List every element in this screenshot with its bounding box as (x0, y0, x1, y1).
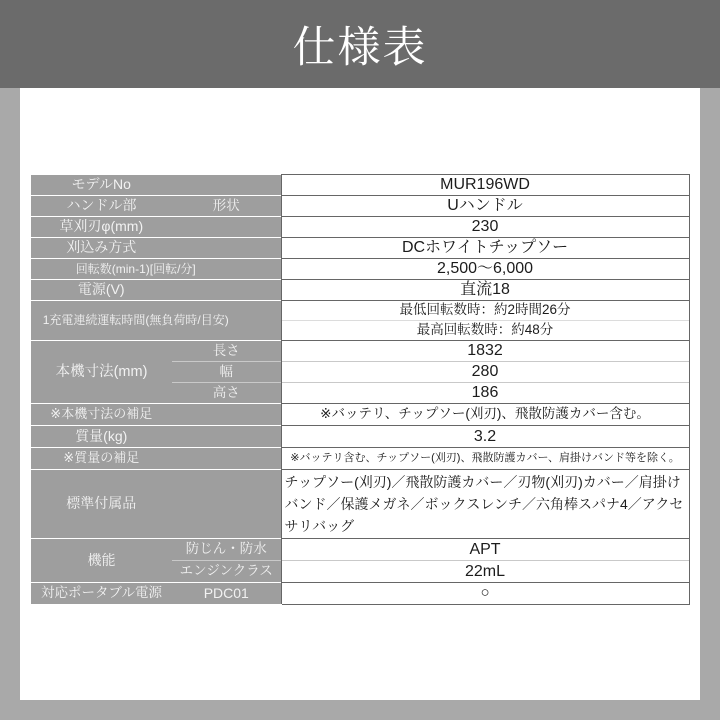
spec-sublabel-handle-shape: 形状 (172, 196, 281, 217)
spec-label-blade-dia: 草刈刃φ(mm) (31, 217, 281, 238)
row-blade-dia: 草刈刃φ(mm) 230 (31, 217, 689, 238)
spec-value-dust-water: APT (281, 539, 689, 561)
page-title: 仕様表 (293, 14, 428, 75)
row-dimensions-note: ※本機寸法の補足 ※バッテリ、チップソー(刈刃)、飛散防護カバー含む。 (31, 404, 689, 426)
spec-sublabel-dust-water: 防じん・防水 (172, 539, 281, 561)
row-power: 電源(V) 直流18 (31, 280, 689, 301)
spec-value-runtime-min: 最低回転数時：約2時間26分 (281, 301, 689, 321)
spec-value-dim-width: 280 (281, 362, 689, 383)
spec-value-blade-dia: 230 (281, 217, 689, 238)
row-runtime-min: 1充電連続運転時間(無負荷時/目安) 最低回転数時：約2時間26分 (31, 301, 689, 321)
page-title-banner: 仕様表 (0, 0, 720, 88)
spec-value-cutting-method: DCホワイトチップソー (281, 238, 689, 259)
row-dim-length: 本機寸法(mm) 長さ 1832 (31, 341, 689, 362)
row-rotation: 回転数(min-1)[回転/分] 2,500～6,000 (31, 259, 689, 280)
spec-value-handle: Uハンドル (281, 196, 689, 217)
spec-value-accessories: チップソー(刈刃)／飛散防護カバー／刃物(刈刃)カバー／肩掛けバンド／保護メガネ… (281, 470, 689, 539)
row-weight: 質量(kg) 3.2 (31, 426, 689, 448)
spec-sublabel-dim-width: 幅 (172, 362, 281, 383)
row-accessories: 標準付属品 チップソー(刈刃)／飛散防護カバー／刃物(刈刃)カバー／肩掛けバンド… (31, 470, 689, 539)
spec-label-model: モデルNo (31, 175, 281, 196)
spec-table: モデルNo MUR196WD ハンドル部 形状 Uハンドル 草刈刃φ(mm) 2… (31, 174, 690, 605)
spec-value-weight-note: ※バッテリ含む、チップソー(刈刃)、飛散防護カバー、肩掛けバンド等を除く。 (281, 448, 689, 470)
spec-label-runtime: 1充電連続運転時間(無負荷時/目安) (31, 301, 281, 341)
spec-value-power: 直流18 (281, 280, 689, 301)
row-handle: ハンドル部 形状 Uハンドル (31, 196, 689, 217)
spec-label-weight: 質量(kg) (31, 426, 281, 448)
spec-value-dimensions-note: ※バッテリ、チップソー(刈刃)、飛散防護カバー含む。 (281, 404, 689, 426)
spec-label-accessories: 標準付属品 (31, 470, 281, 539)
spec-label-cutting-method: 刈込み方式 (31, 238, 281, 259)
row-portable-power: 対応ポータブル電源 PDC01 ○ (31, 583, 689, 605)
spec-value-model: MUR196WD (281, 175, 689, 196)
spec-label-weight-note: ※質量の補足 (31, 448, 281, 470)
spec-value-dim-length: 1832 (281, 341, 689, 362)
spec-label-rotation: 回転数(min-1)[回転/分] (31, 259, 281, 280)
spec-sublabel-portable-power: PDC01 (172, 583, 281, 605)
spec-label-power: 電源(V) (31, 280, 281, 301)
spec-label-features: 機能 (31, 539, 172, 583)
spec-label-portable-power: 対応ポータブル電源 (31, 583, 172, 605)
content-panel: モデルNo MUR196WD ハンドル部 形状 Uハンドル 草刈刃φ(mm) 2… (20, 88, 700, 700)
row-weight-note: ※質量の補足 ※バッテリ含む、チップソー(刈刃)、飛散防護カバー、肩掛けバンド等… (31, 448, 689, 470)
spec-value-weight: 3.2 (281, 426, 689, 448)
spec-value-runtime-max: 最高回転数時：約48分 (281, 321, 689, 341)
spec-value-rotation: 2,500～6,000 (281, 259, 689, 280)
spec-sublabel-dim-height: 高さ (172, 383, 281, 404)
spec-value-portable-power: ○ (281, 583, 689, 605)
spec-value-dim-height: 186 (281, 383, 689, 404)
spec-label-dimensions-note: ※本機寸法の補足 (31, 404, 281, 426)
row-feature-apt: 機能 防じん・防水 APT (31, 539, 689, 561)
spec-sublabel-dim-length: 長さ (172, 341, 281, 362)
spec-label-handle: ハンドル部 (31, 196, 172, 217)
spec-sublabel-engine-class: エンジンクラス (172, 561, 281, 583)
spec-value-engine-class: 22mL (281, 561, 689, 583)
row-cutting-method: 刈込み方式 DCホワイトチップソー (31, 238, 689, 259)
spec-label-dimensions: 本機寸法(mm) (31, 341, 172, 404)
row-model: モデルNo MUR196WD (31, 175, 689, 196)
